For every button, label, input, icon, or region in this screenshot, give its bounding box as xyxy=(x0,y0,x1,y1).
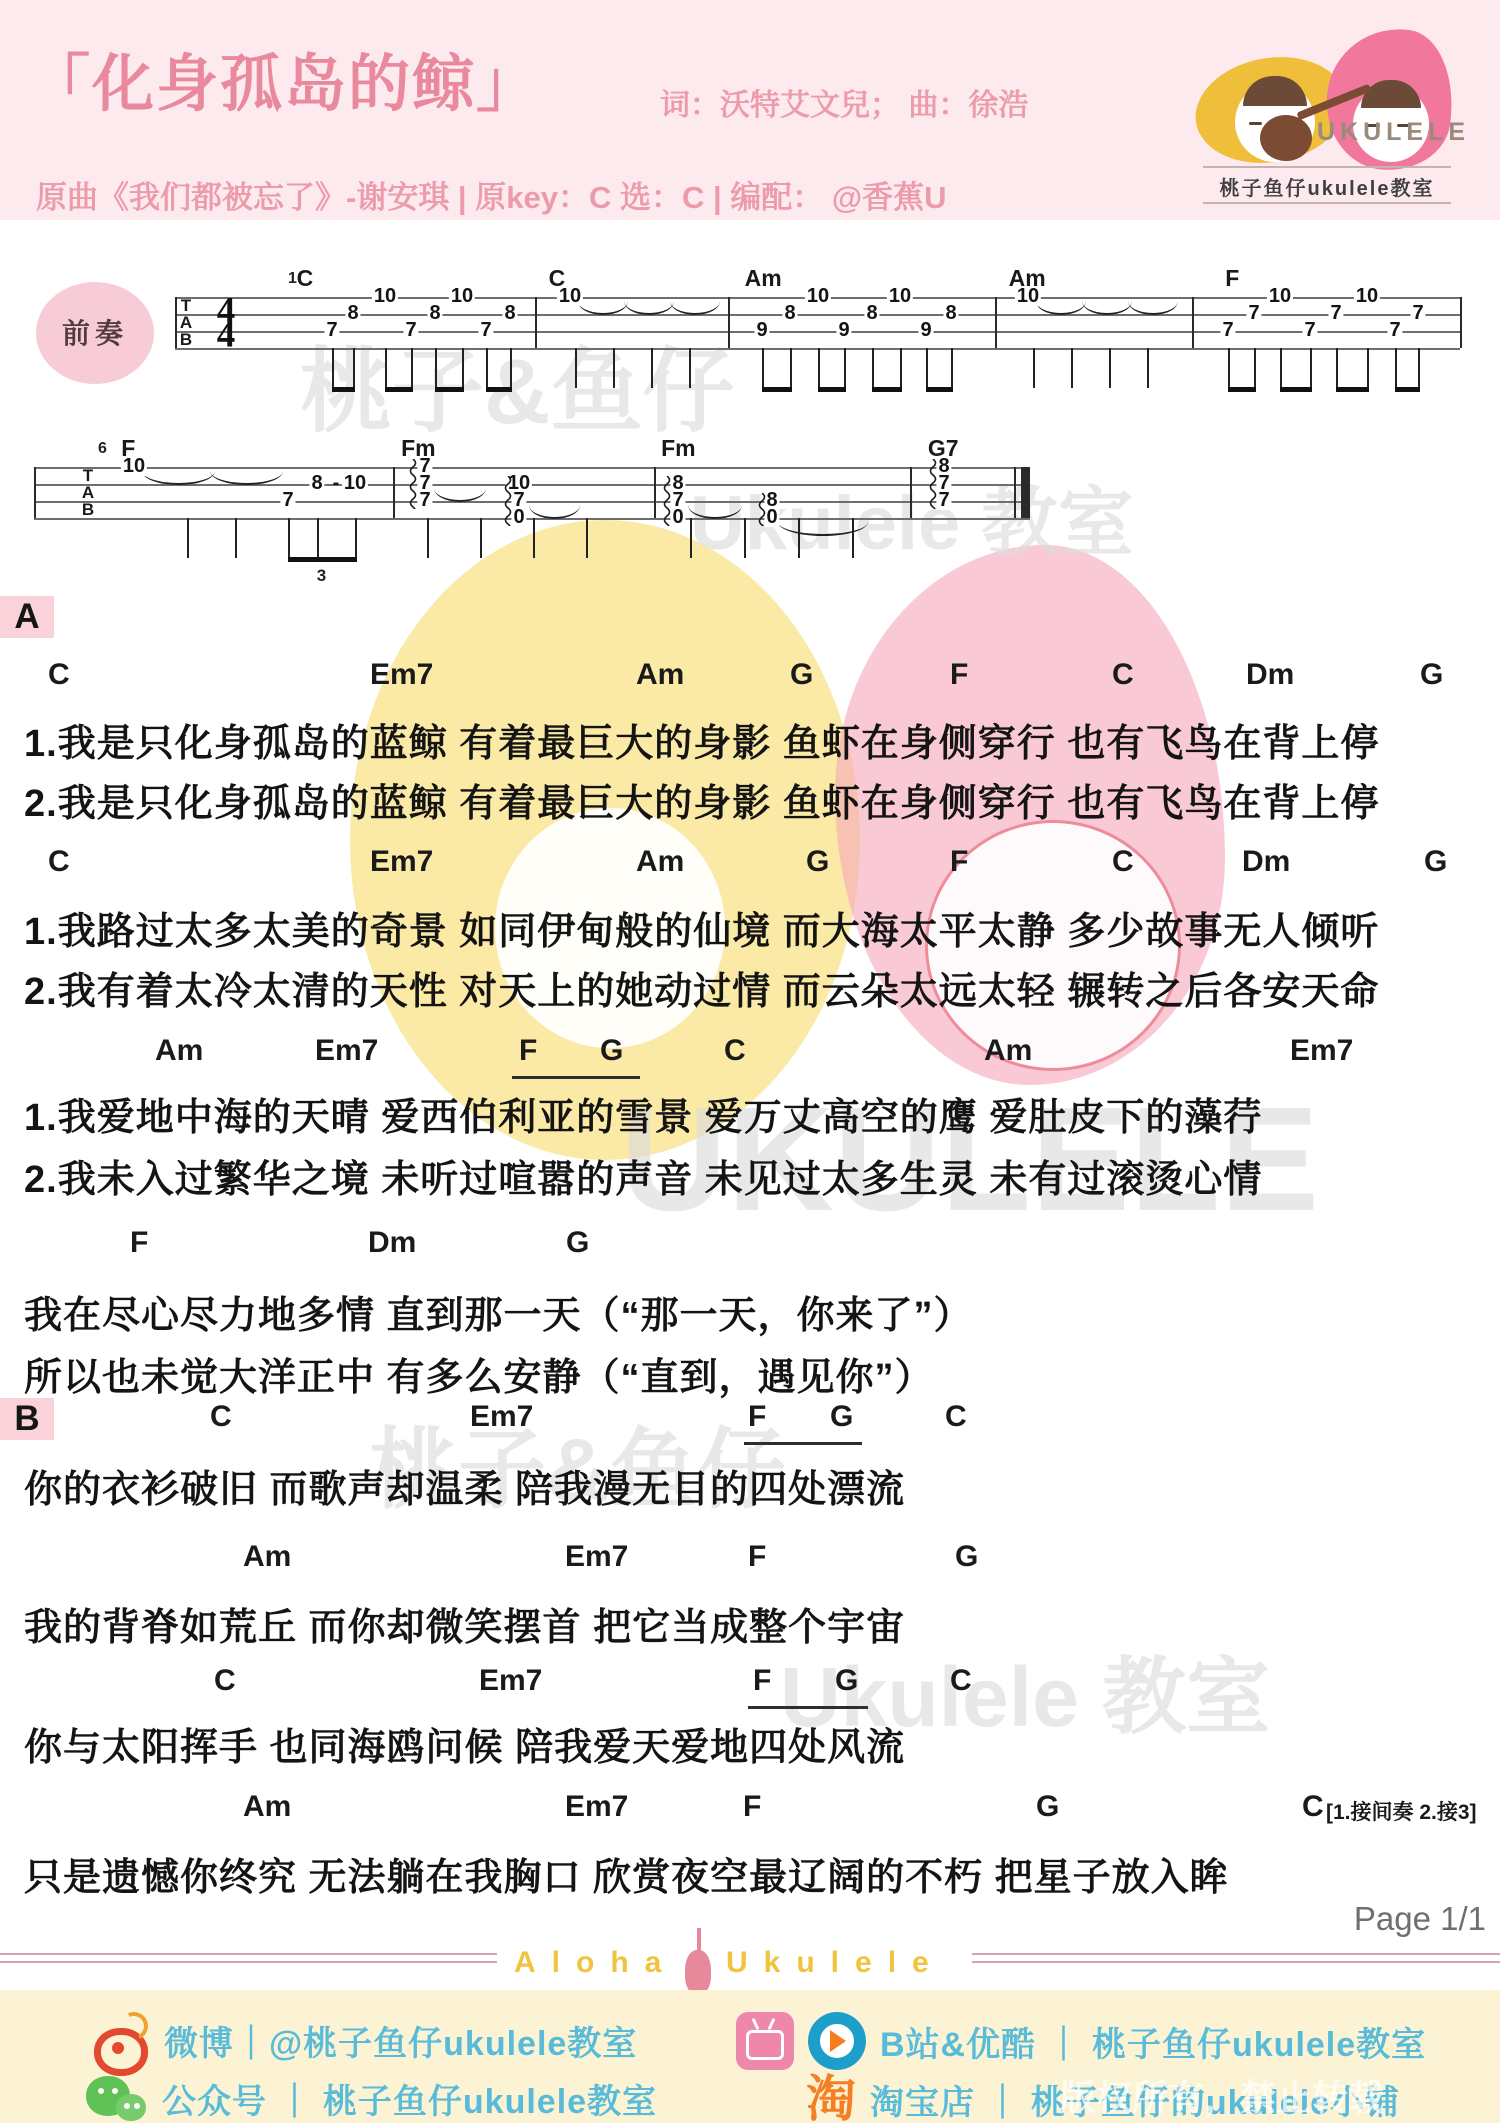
section-label-B: B xyxy=(0,1398,54,1440)
chord-underline xyxy=(748,1706,868,1709)
chord-label: G xyxy=(1036,1790,1059,1823)
footer-item-weibo: 微博｜@桃子鱼仔ukulele教室 xyxy=(92,2012,637,2068)
chord-label: Am xyxy=(636,658,684,691)
chord-label: C xyxy=(214,1664,236,1697)
lyric-line: 所以也未觉大洋正中 有多么安静（“直到，遇见你”） xyxy=(24,1346,934,1401)
footer-text: 微博｜@桃子鱼仔ukulele教室 xyxy=(164,2016,637,2065)
chord-label: Am xyxy=(636,845,684,878)
chord-label: C xyxy=(724,1034,746,1067)
chord-label: G xyxy=(1420,658,1443,691)
lyric-line: 我在尽心尽力地多情 直到那一天（“那一天，你来了”） xyxy=(24,1284,973,1339)
chord-underline xyxy=(744,1442,862,1445)
chord-label: Dm xyxy=(1246,658,1294,691)
copyright-watermark: 版权所有，禁止转载 xyxy=(1060,2070,1384,2121)
chord-label: C xyxy=(210,1400,232,1433)
chord-label: F xyxy=(753,1664,771,1697)
sheet-page: 桃子&鱼仔Ukulele 教室UKULELE桃子&鱼仔Ukulele 教室 「化… xyxy=(0,0,1500,2123)
bilibili-icon xyxy=(736,2012,794,2070)
chord-label: C xyxy=(1302,1790,1324,1823)
footer-text: 公众号 ｜ 桃子鱼仔ukulele教室 xyxy=(162,2074,657,2123)
chord-label: F xyxy=(519,1034,537,1067)
wechat-icon xyxy=(86,2070,148,2123)
chord-label: Em7 xyxy=(315,1034,378,1067)
lyric-line: 你的衣衫破旧 而歌声却温柔 陪我漫无目的四处漂流 xyxy=(24,1458,905,1513)
lyric-line: 你与太阳挥手 也同海鸥问候 陪我爱天爱地四处风流 xyxy=(24,1716,905,1771)
chord-label: Em7 xyxy=(370,658,433,691)
chord-label: F xyxy=(950,845,968,878)
repeat-instruction: [1.接间奏 2.接3] xyxy=(1326,1796,1477,1826)
chord-label: Em7 xyxy=(470,1400,533,1433)
lyric-line: 1.我路过太多太美的奇景 如同伊甸般的仙境 而大海太平太静 多少故事无人倾听 xyxy=(24,900,1379,955)
chord-label: G xyxy=(806,845,829,878)
chord-label: F xyxy=(748,1400,766,1433)
chord-label: Am xyxy=(155,1034,203,1067)
lyric-line: 2.我未入过繁华之境 未听过喧嚣的声音 未见过太多生灵 未有过滚烫心情 xyxy=(24,1148,1262,1203)
chord-label: Am xyxy=(243,1540,291,1573)
footer-text: B站&优酷 ｜ 桃子鱼仔ukulele教室 xyxy=(880,2017,1426,2066)
footer-item-bilibili-youku: B站&优酷 ｜ 桃子鱼仔ukulele教室 xyxy=(736,2012,1426,2070)
taobao-icon: 淘 xyxy=(806,2070,856,2123)
chord-label: G xyxy=(830,1400,853,1433)
chord-label: F xyxy=(130,1226,148,1259)
footer-item-wechat: 公众号 ｜ 桃子鱼仔ukulele教室 xyxy=(86,2070,657,2123)
chord-label: Dm xyxy=(368,1226,416,1259)
lyric-line: 1.我爱地中海的天晴 爱西伯利亚的雪景 爱万丈高空的鹰 爱肚皮下的藻荇 xyxy=(24,1086,1262,1141)
lyric-line: 2.我是只化身孤岛的蓝鲸 有着最巨大的身影 鱼虾在身侧穿行 也有飞鸟在背上停 xyxy=(24,772,1379,827)
chord-label: G xyxy=(566,1226,589,1259)
section-label-A: A xyxy=(0,596,54,638)
weibo-icon xyxy=(92,2012,150,2068)
chord-underline xyxy=(512,1076,640,1079)
lyrics-and-chords: ACEm7AmGFCDmG1.我是只化身孤岛的蓝鲸 有着最巨大的身影 鱼虾在身侧… xyxy=(0,0,1500,2123)
chord-label: Am xyxy=(243,1790,291,1823)
chord-label: Em7 xyxy=(565,1790,628,1823)
chord-label: F xyxy=(748,1540,766,1573)
chord-label: G xyxy=(1424,845,1447,878)
lyric-line: 我的背脊如荒丘 而你却微笑摆首 把它当成整个宇宙 xyxy=(24,1596,905,1651)
chord-label: Em7 xyxy=(1290,1034,1353,1067)
chord-label: C xyxy=(950,1664,972,1697)
chord-label: Em7 xyxy=(565,1540,628,1573)
chord-label: C xyxy=(1112,845,1134,878)
chord-label: C xyxy=(48,658,70,691)
chord-label: Em7 xyxy=(370,845,433,878)
lyric-line: 1.我是只化身孤岛的蓝鲸 有着最巨大的身影 鱼虾在身侧穿行 也有飞鸟在背上停 xyxy=(24,712,1379,767)
chord-label: Am xyxy=(984,1034,1032,1067)
chord-label: C xyxy=(48,845,70,878)
chord-label: G xyxy=(600,1034,623,1067)
youku-icon xyxy=(808,2012,866,2070)
lyric-line: 只是遗憾你终究 无法躺在我胸口 欣赏夜空最辽阔的不朽 把星子放入眸 xyxy=(24,1846,1229,1901)
chord-label: C xyxy=(1112,658,1134,691)
chord-label: G xyxy=(955,1540,978,1573)
chord-label: F xyxy=(743,1790,761,1823)
chord-label: Dm xyxy=(1242,845,1290,878)
chord-label: F xyxy=(950,658,968,691)
chord-label: G xyxy=(790,658,813,691)
lyric-line: 2.我有着太冷太清的天性 对天上的她动过情 而云朵太远太轻 辗转之后各安天命 xyxy=(24,960,1379,1015)
page-number: Page 1/1 xyxy=(1354,1900,1486,1938)
chord-label: C xyxy=(945,1400,967,1433)
chord-label: G xyxy=(835,1664,858,1697)
chord-label: Em7 xyxy=(479,1664,542,1697)
